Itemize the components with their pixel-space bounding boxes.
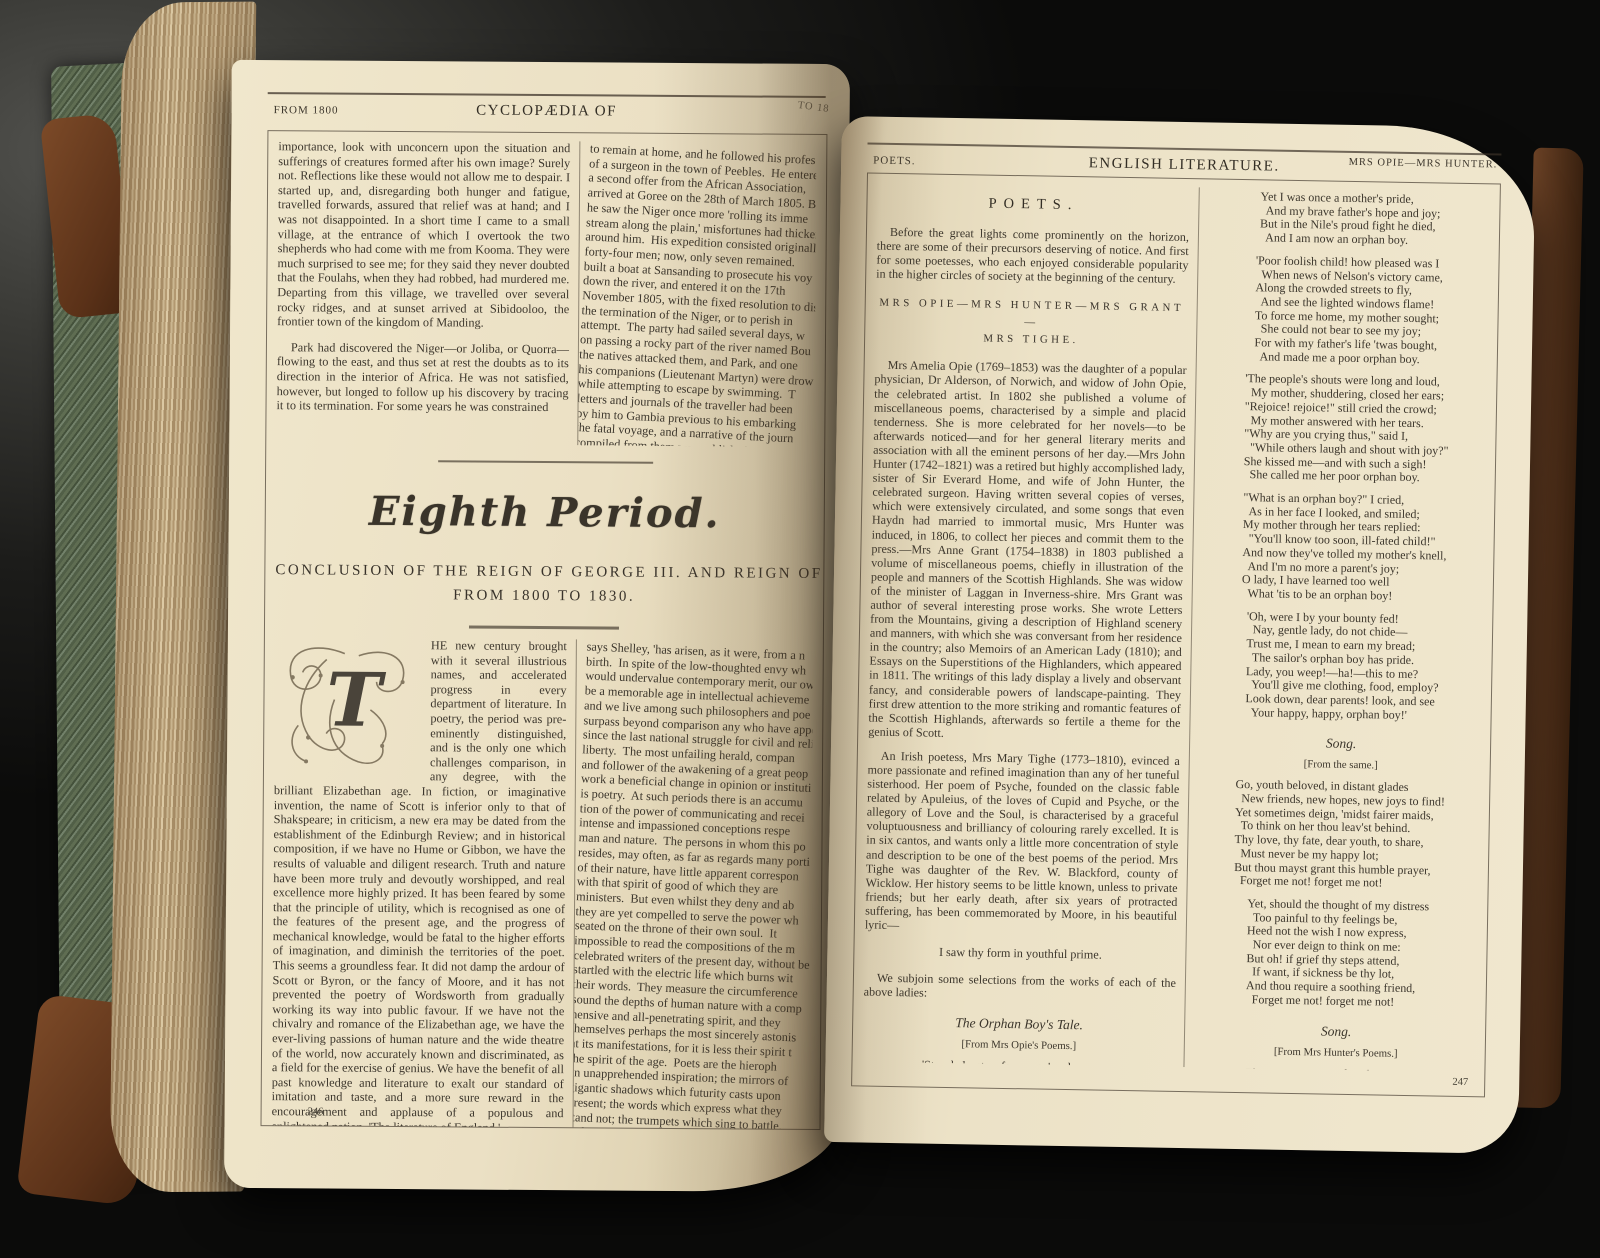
stanza: 'Poor foolish child! how pleased was I W… [1254,254,1443,367]
right-text-frame: POETS. Before the great lights come prom… [851,172,1501,1097]
poem-source: [From the same.] [1202,757,1480,774]
page-number-right: 247 [1452,1077,1468,1088]
column-park-continued: to remain at home, and he followed his p… [577,141,816,447]
divider-rule [438,460,653,464]
top-columns: importance, look with unconcern upon the… [276,139,816,447]
curved-text: says Shelley, 'has arisen, as it were, f… [572,639,813,1130]
header-book-title: CYCLOPÆDIA OF [268,101,826,122]
poem-title: Song. [1197,1021,1475,1042]
period-subtitle-line2: FROM 1800 TO 1830. [275,582,813,610]
curved-text: to remain at home, and he followed his p… [577,141,816,447]
left-page: FROM 1800 CYCLOPÆDIA OF TO 18 importance… [224,60,850,1192]
poem-title: Song. [1202,734,1480,755]
page-number-left: 246 [308,1106,324,1117]
stanza: Go, youth beloved, in distant glades New… [1234,778,1446,891]
subjoin-paragraph: We subjoin some selections from the work… [864,971,1176,1005]
stanza: 'Stay, lady, stay, for mercy's sake, And… [921,1059,1115,1067]
biography-paragraphs: Mrs Amelia Opie (1769–1853) was the daug… [865,358,1187,937]
text-line: 'Stay, lady, stay, for mercy's sake, [922,1059,1115,1067]
column-poets-prose: POETS. Before the great lights come prom… [863,182,1199,1067]
divider-rule [469,626,619,630]
paragraph: Park had discovered the Niger—or Joliba,… [276,340,569,415]
text-line: She called me her poor orphan boy. [1243,468,1448,485]
poem-source: [From Mrs Hunter's Poems.] [1197,1044,1475,1061]
bottom-columns: T HE new century brought with it several… [271,637,813,1130]
poem-source: [From Mrs Opie's Poems.] [863,1037,1175,1054]
stanza: "What is an orphan boy?" I cried, As in … [1242,491,1448,604]
paragraph: importance, look with unconcern upon the… [277,139,570,331]
stanza: 'The people's shouts were long and loud,… [1243,373,1449,486]
section-heading: Eighth Period. CONCLUSION OF THE REIGN O… [275,443,814,641]
right-columns: POETS. Before the great lights come prom… [863,182,1490,1073]
text-line: What 'tis to be an orphan boy! [1242,587,1446,604]
stanza: Yet, should the thought of my distress T… [1246,897,1430,1010]
column-park-narrative: importance, look with unconcern upon the… [276,139,579,445]
period-title: Eighth Period. [276,487,814,538]
left-text-frame: importance, look with unconcern upon the… [261,130,828,1130]
left-page-header: FROM 1800 CYCLOPÆDIA OF TO 18 [267,92,825,129]
text-line: And made me a poor orphan boy. [1254,350,1441,367]
poets-heading: POETS. [877,194,1189,216]
stanza: Yet I was once a mother's pride, And my … [1260,190,1441,248]
text-line: The season comes when first we met, [1245,1066,1425,1072]
moore-lyric-line: I saw thy form in youthful prime. [864,944,1176,964]
stanza: The season comes when first we met, But … [1244,1066,1425,1072]
period-subtitle-line1: CONCLUSION OF THE REIGN OF GEORGE III. A… [275,558,813,586]
poem-title: The Orphan Boy's Tale. [863,1014,1175,1035]
paragraph: Mrs Amelia Opie (1769–1853) was the daug… [868,358,1187,744]
dropcap-letter: T [326,658,382,744]
photo-background: FROM 1800 CYCLOPÆDIA OF TO 18 importance… [0,0,1600,1258]
column-poems: Yet I was once a mother's pride, And my … [1183,187,1489,1072]
subheading-line1: MRS OPIE—MRS HUNTER—MRS GRANT— [875,295,1188,334]
stanza: 'Oh, were I by your bounty fed! Nay, gen… [1245,610,1440,723]
ornate-dropcap: T [274,639,423,770]
subheading: MRS OPIE—MRS HUNTER—MRS GRANT— MRS TIGHE… [875,295,1188,351]
intro-paragraph: Before the great lights come prominently… [876,225,1189,287]
right-page: POETS. ENGLISH LITERATURE. MRS OPIE—MRS … [824,116,1536,1154]
column-new-century: T HE new century brought with it several… [271,637,576,1130]
column-shelley-quote: says Shelley, 'has arisen, as it were, f… [572,639,813,1130]
paragraph: An Irish poetess, Mrs Mary Tighe (1773–1… [865,748,1180,937]
